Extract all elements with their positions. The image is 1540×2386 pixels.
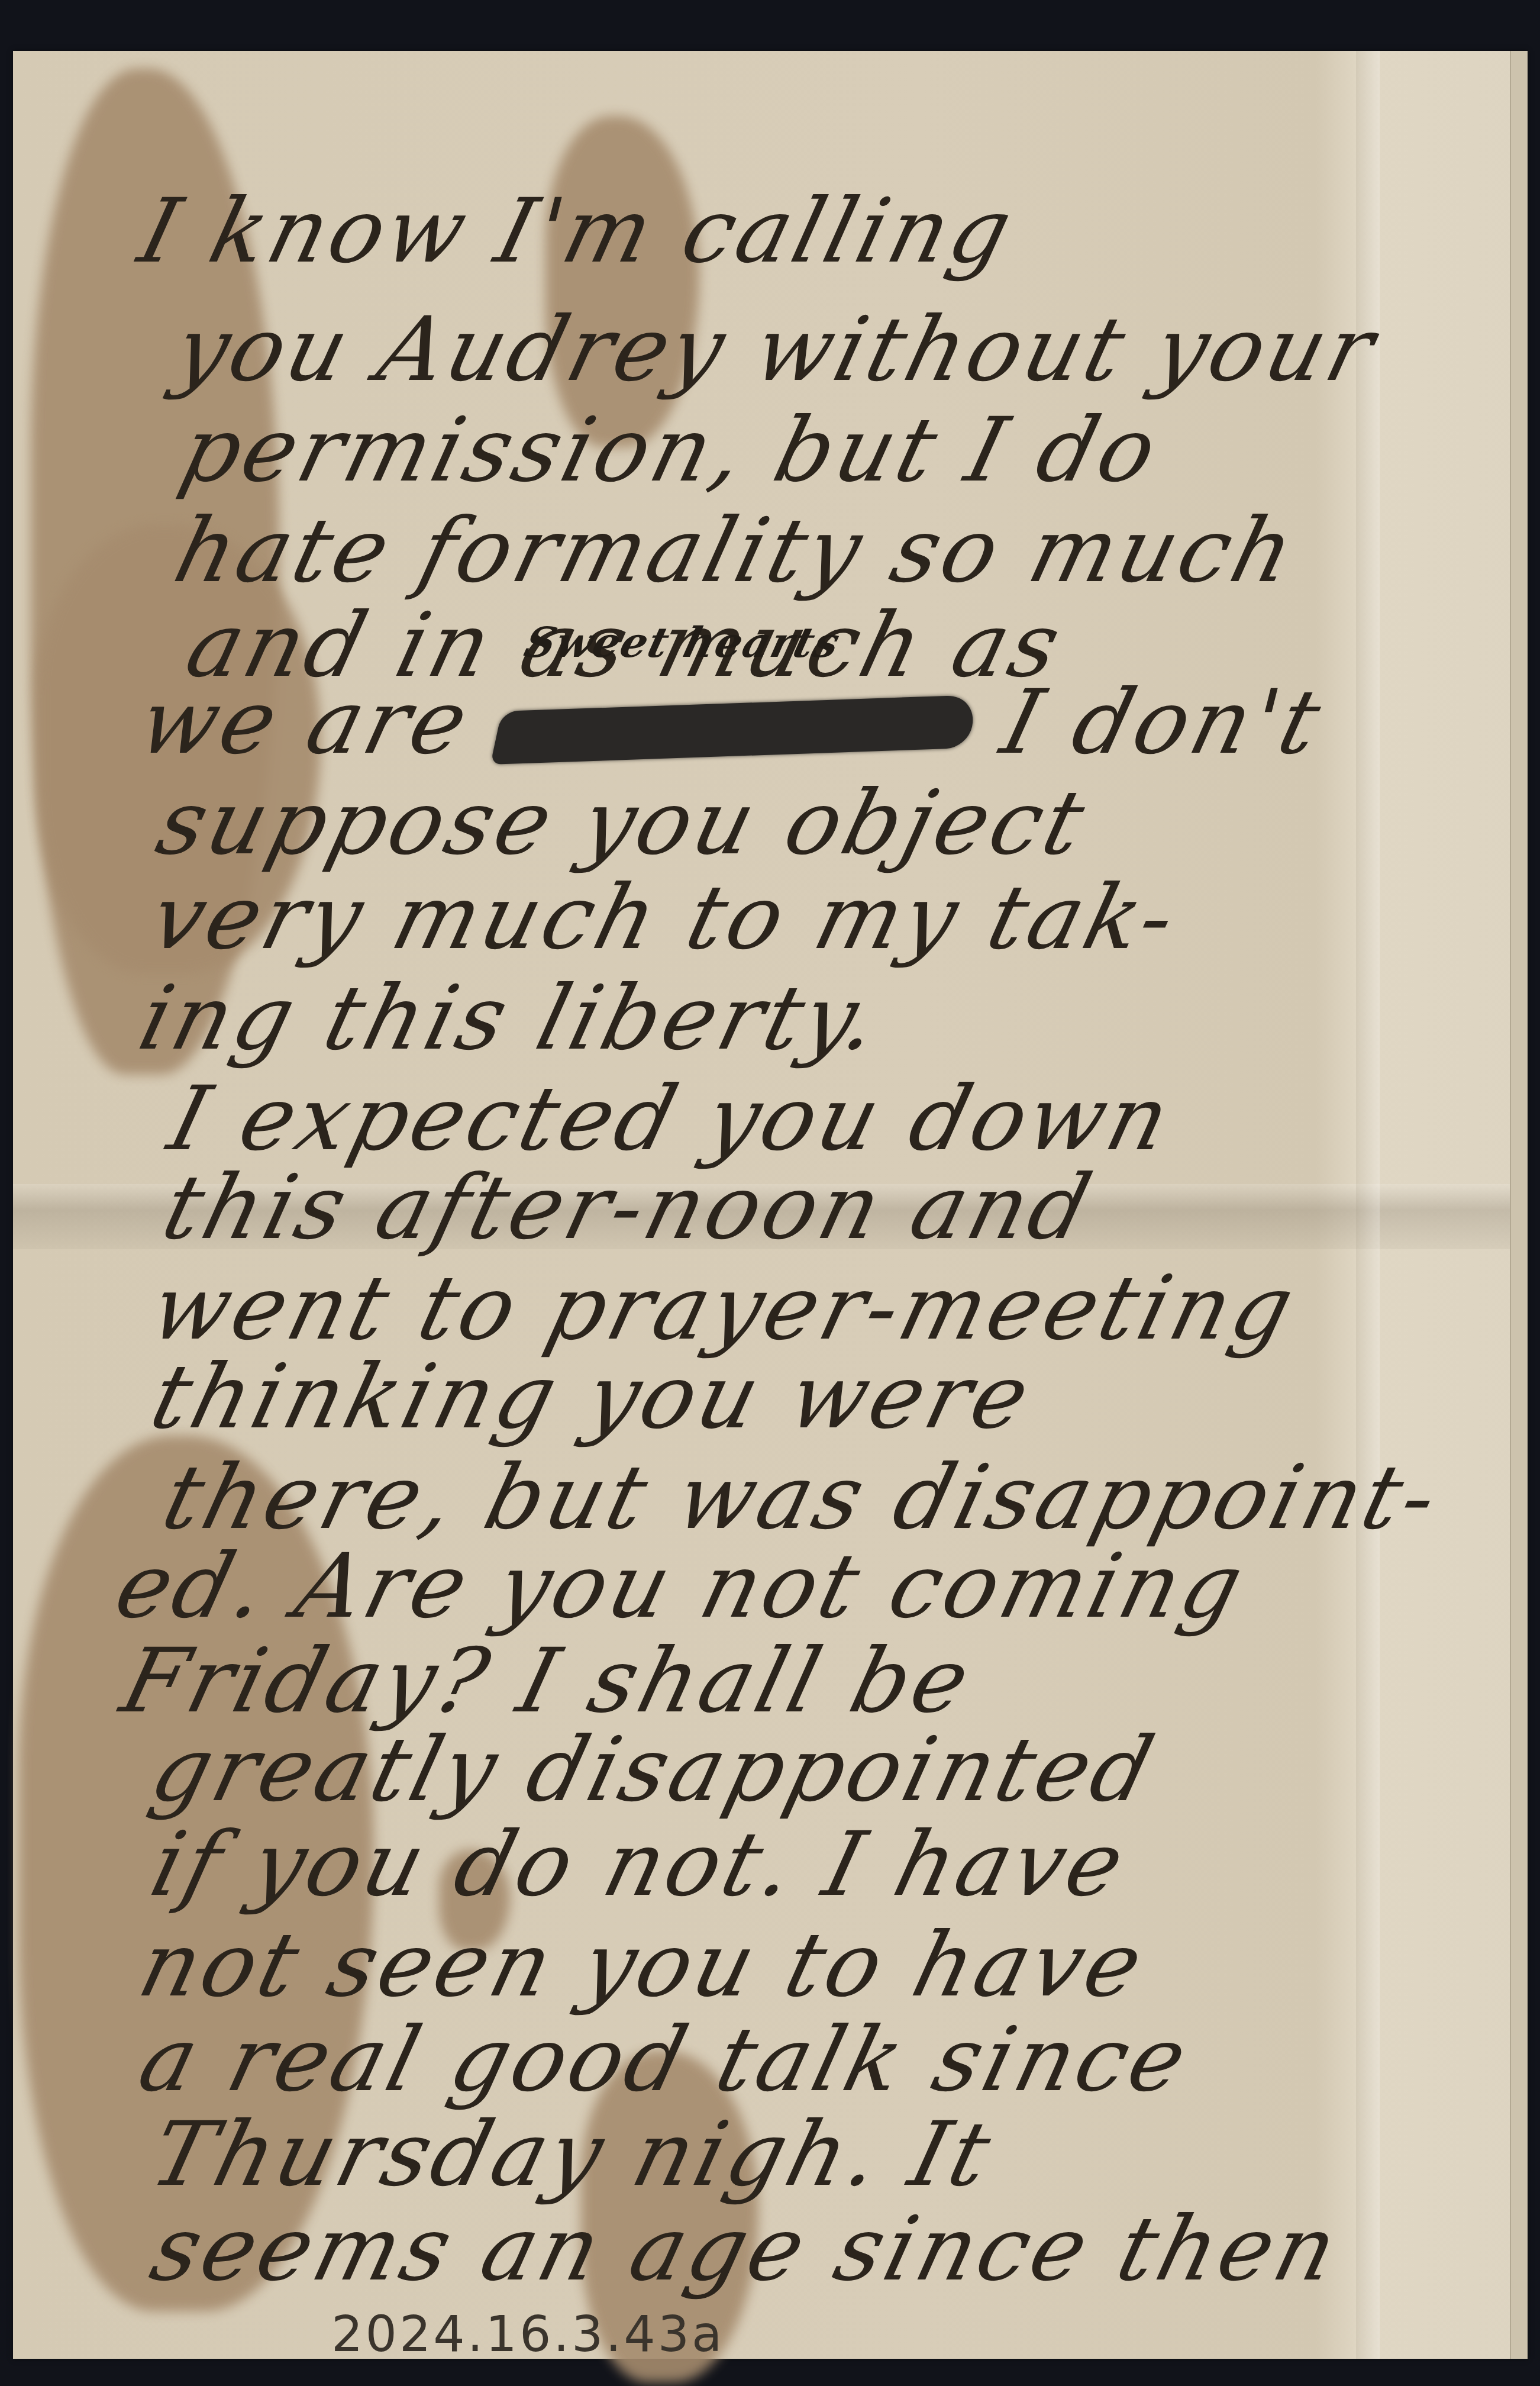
text-line-14: there, but was disappoint-: [155, 1453, 1448, 1542]
inserted-word: Sweet hearts: [521, 622, 844, 663]
text-line-16: Friday? I shall be: [114, 1637, 981, 1726]
text-line-13: thinking you were: [143, 1353, 1041, 1442]
text-line-8: very much to my tak-: [143, 873, 1187, 962]
text-line-15: ed. Are you not coming: [108, 1542, 1254, 1631]
text-line-9: ing this liberty.: [131, 974, 890, 1063]
text-line-7: suppose you object: [149, 779, 1096, 868]
text-line-2: you Audrey without your: [167, 305, 1386, 394]
text-line-6-start: we are: [130, 671, 481, 774]
handwritten-text: I know I'm calling you Audrey without yo…: [13, 51, 1528, 2359]
text-line-20: a real good talk since: [131, 2016, 1198, 2104]
text-line-3: permission, but I do: [173, 406, 1168, 495]
strikeout-mark: [490, 695, 979, 765]
text-line-4: hate formality so much: [167, 507, 1305, 595]
text-line-6: we are Sweet hearts I don't: [131, 678, 1332, 767]
text-line-17: greatly disappointed: [143, 1726, 1164, 1814]
text-line-22: seems an age since then: [143, 2205, 1348, 2294]
struck-out-word: Sweet hearts: [489, 678, 984, 767]
text-line-21: Thursday nigh. It: [143, 2110, 1002, 2199]
accession-number: 2024.16.3.43a: [331, 2305, 725, 2363]
text-line-1: I know I'm calling: [131, 187, 1023, 276]
letter-page: I know I'm calling you Audrey without yo…: [13, 51, 1528, 2359]
text-line-19: not seen you to have: [131, 1921, 1154, 2010]
text-line-11: this after-noon and: [155, 1163, 1102, 1252]
text-line-12: went to prayer-meeting: [143, 1264, 1305, 1353]
text-line-6-end: I don't: [992, 671, 1334, 774]
text-line-10: I expected you down: [161, 1075, 1181, 1163]
text-line-18: if you do not. I have: [143, 1820, 1135, 1909]
